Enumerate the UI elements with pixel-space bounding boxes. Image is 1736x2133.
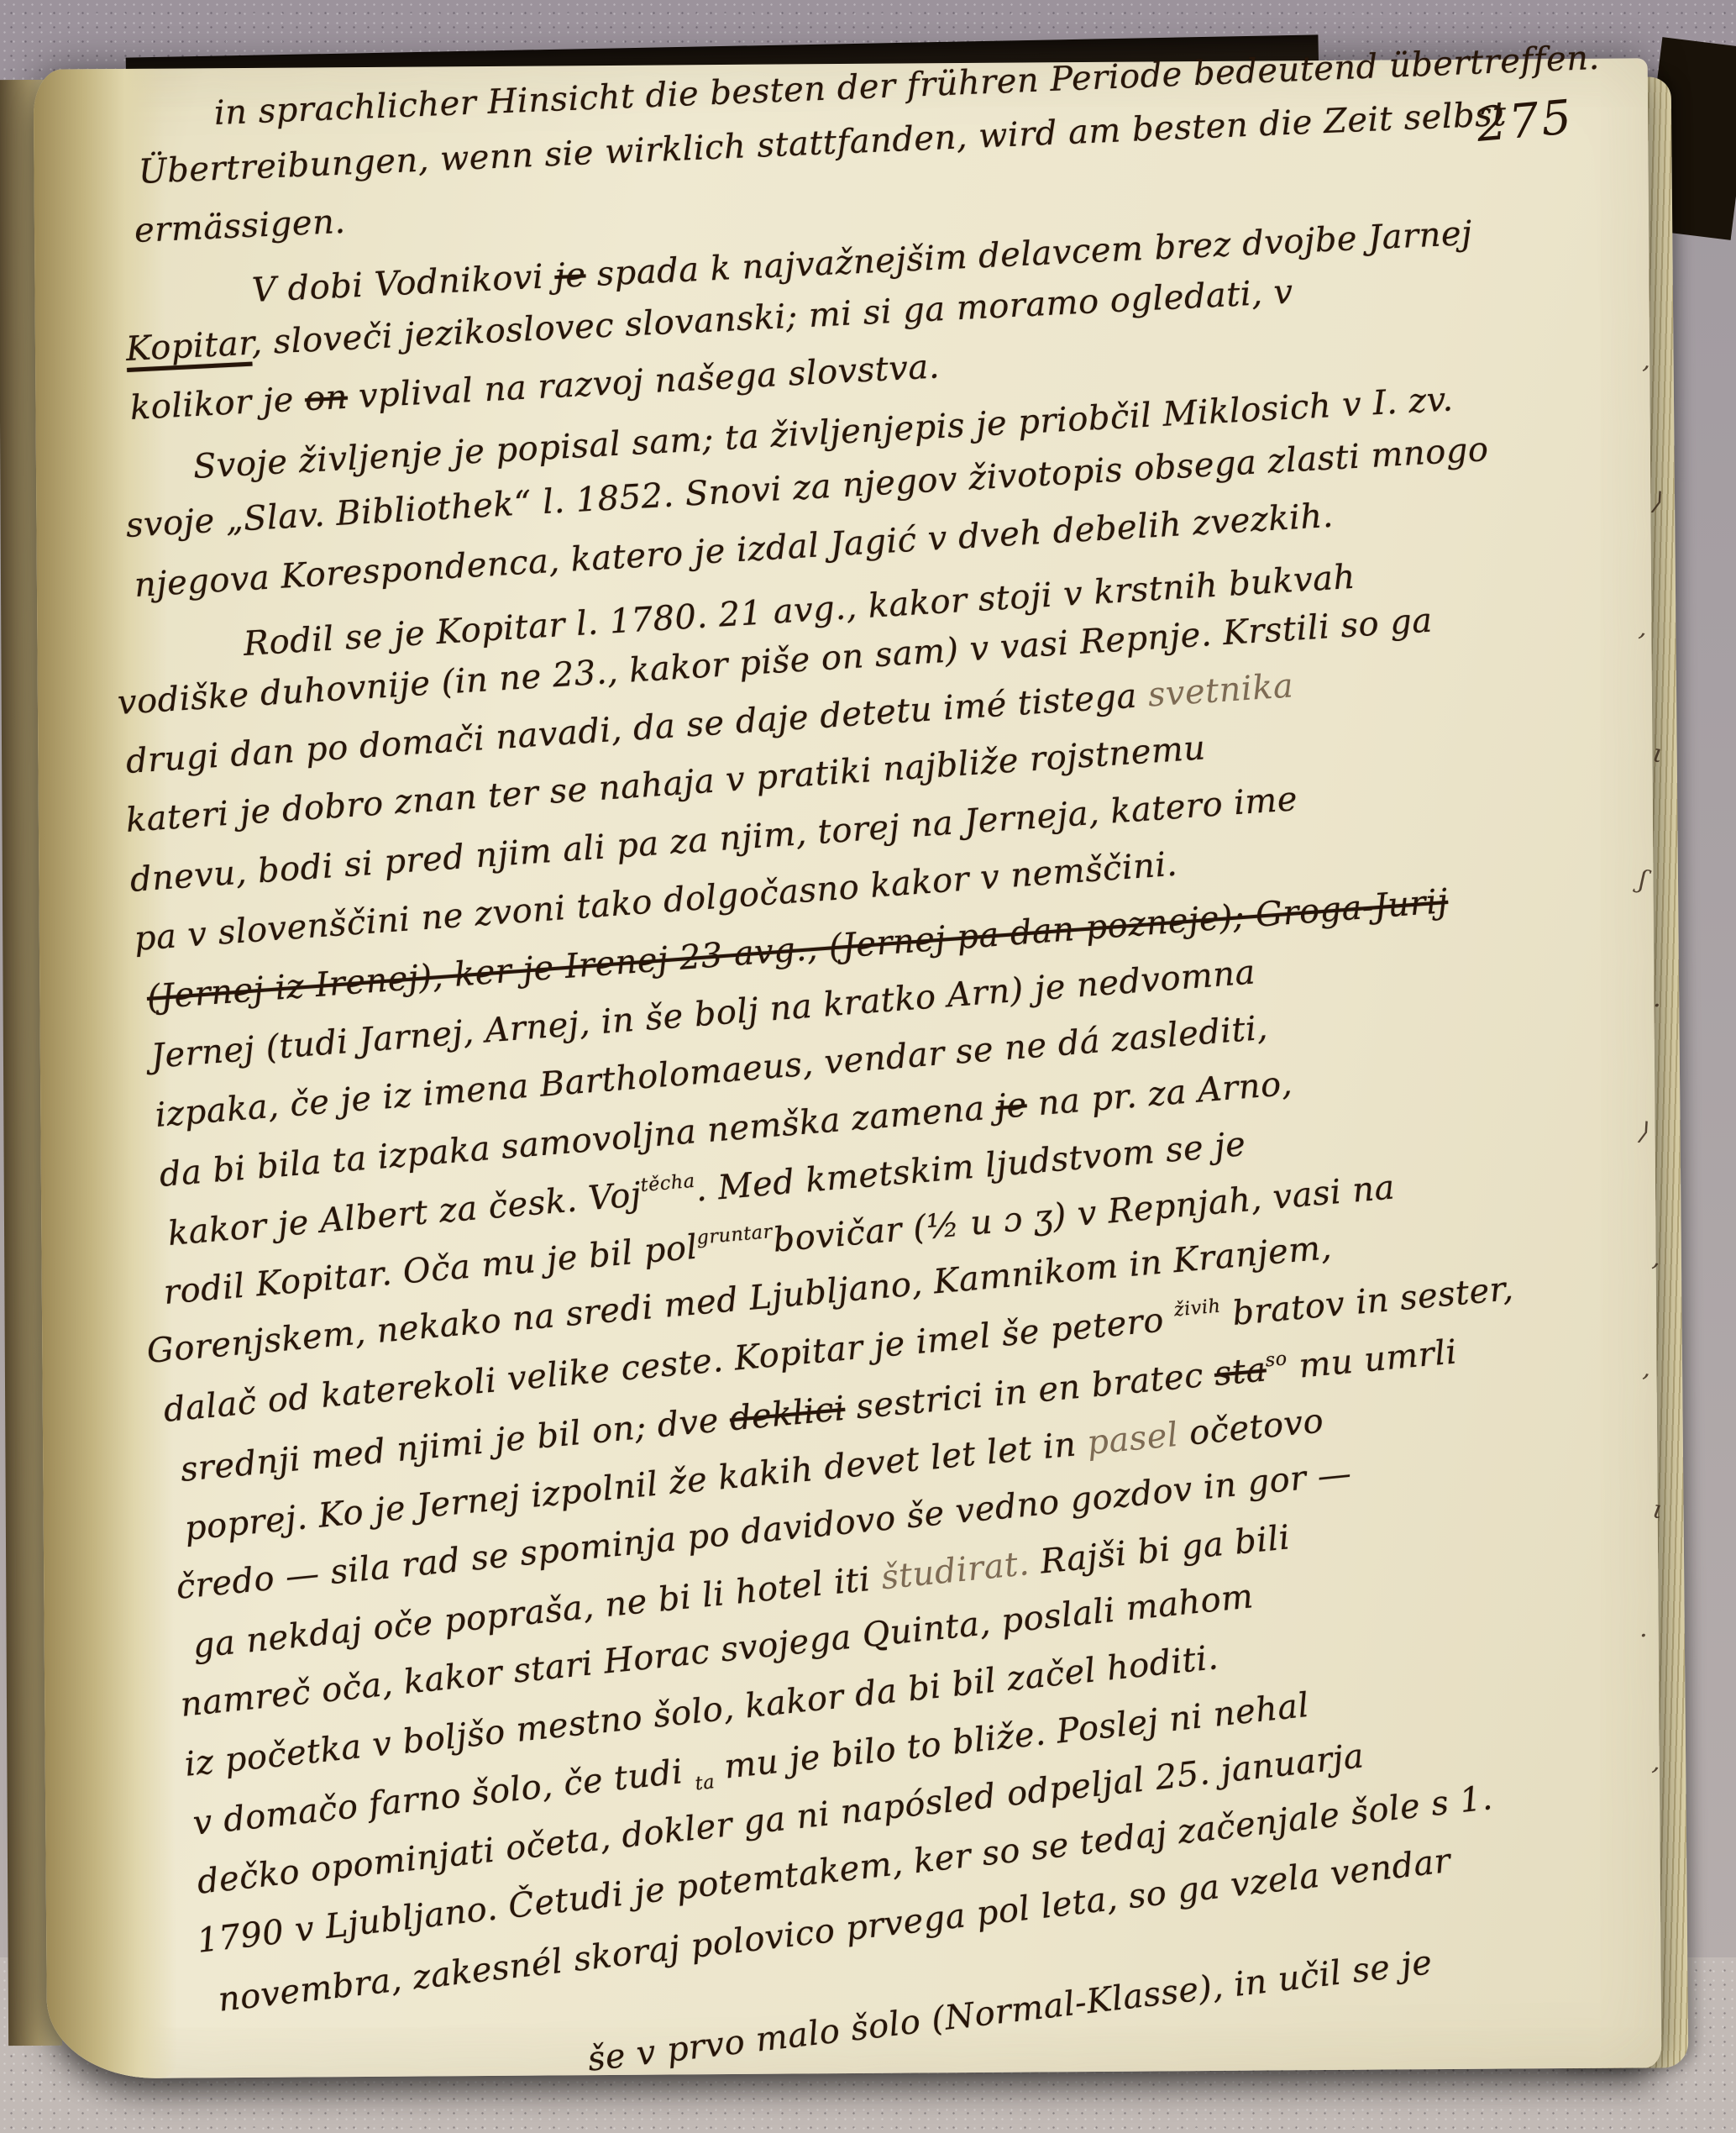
book-photo: 275 in sprachlicher Hinsicht die besten … [0, 0, 1736, 2133]
